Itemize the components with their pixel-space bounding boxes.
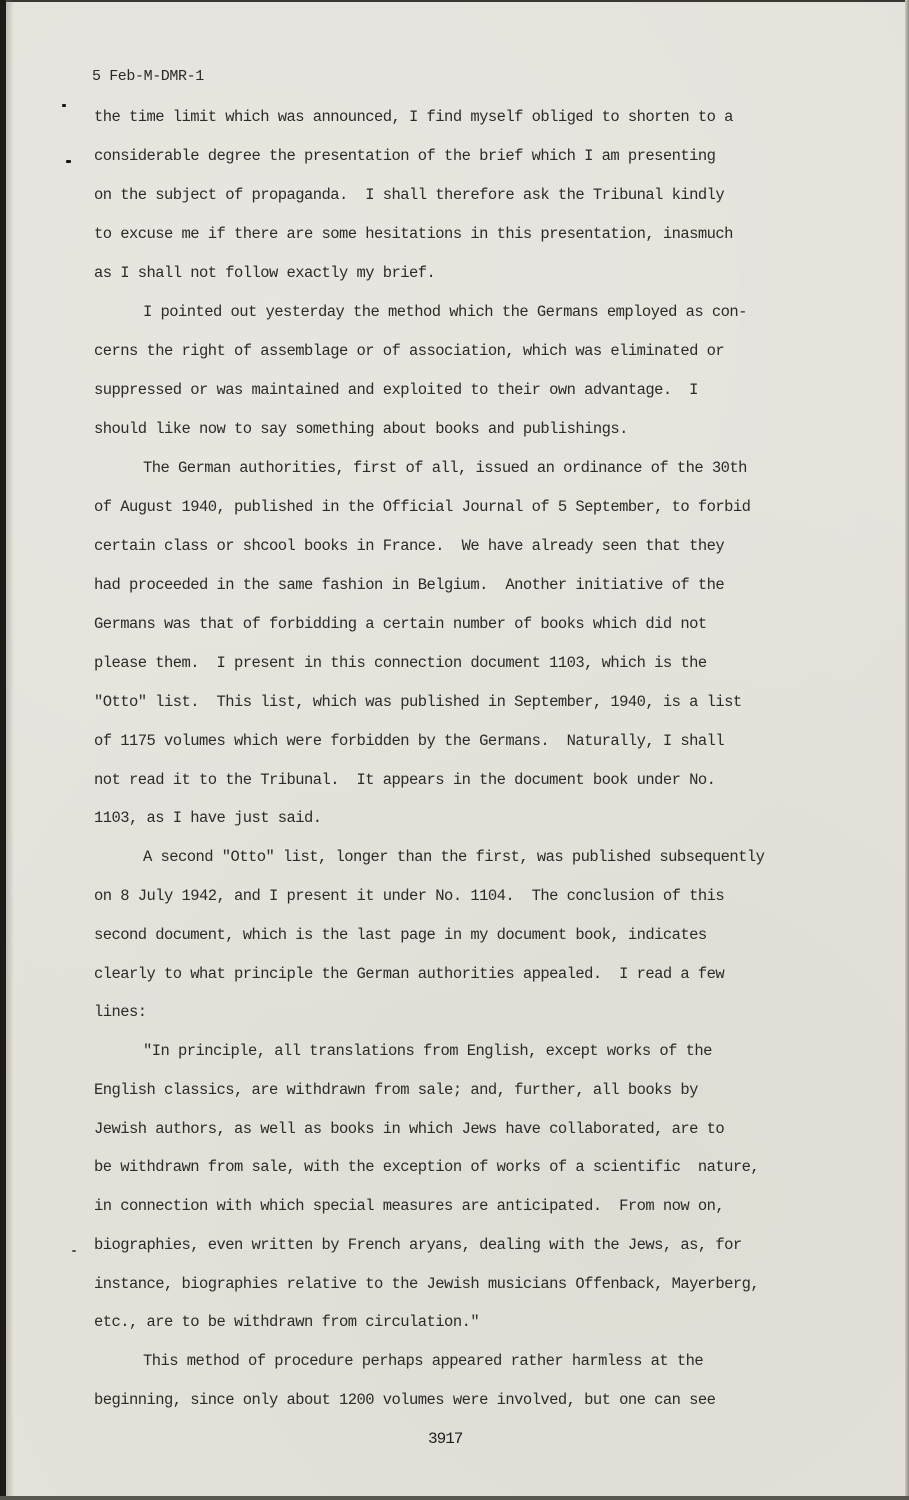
binding-shadow (6, 0, 14, 1500)
page-top-edge (0, 0, 909, 2)
margin-mark-dash (72, 1250, 76, 1252)
text-line: clearly to what principle the German aut… (94, 964, 724, 984)
text-line: of 1175 volumes which were forbidden by … (94, 731, 724, 751)
text-line: A second "Otto" list, longer than the fi… (143, 847, 764, 867)
text-line: Jewish authors, as well as books in whic… (94, 1119, 724, 1139)
text-line: English classics, are withdrawn from sal… (94, 1080, 698, 1100)
document-header-code: 5 Feb-M-DMR-1 (92, 68, 204, 85)
page-bottom-edge (0, 1496, 909, 1500)
text-line: lines: (94, 1002, 147, 1022)
text-line: considerable degree the presentation of … (94, 146, 715, 166)
text-line: not read it to the Tribunal. It appears … (94, 770, 715, 790)
page-right-edge (905, 0, 909, 1500)
text-line: please them. I present in this connectio… (94, 653, 707, 673)
text-line: on 8 July 1942, and I present it under N… (94, 886, 724, 906)
text-line: should like now to say something about b… (94, 419, 628, 439)
text-line: second document, which is the last page … (94, 925, 707, 945)
text-line: as I shall not follow exactly my brief. (94, 263, 435, 283)
text-line: instance, biographies relative to the Je… (94, 1274, 759, 1294)
text-line: I pointed out yesterday the method which… (143, 302, 747, 322)
text-line: Germans was that of forbidding a certain… (94, 614, 707, 634)
text-line: "Otto" list. This list, which was publis… (94, 692, 742, 712)
text-line: to excuse me if there are some hesitatio… (94, 224, 733, 244)
text-line: This method of procedure perhaps appeare… (143, 1351, 703, 1371)
text-line: suppressed or was maintained and exploit… (94, 380, 698, 400)
text-line: of August 1940, published in the Officia… (94, 497, 750, 517)
text-line: the time limit which was announced, I fi… (94, 107, 733, 127)
text-line: beginning, since only about 1200 volumes… (94, 1390, 715, 1410)
text-line: 1103, as I have just said. (94, 808, 322, 828)
text-line: certain class or shcool books in France.… (94, 536, 724, 556)
page-number: 3917 (428, 1430, 462, 1448)
text-line: cerns the right of assemblage or of asso… (94, 341, 724, 361)
text-line: on the subject of propaganda. I shall th… (94, 185, 724, 205)
text-line: etc., are to be withdrawn from circulati… (94, 1312, 479, 1332)
text-line: "In principle, all translations from Eng… (143, 1041, 712, 1061)
margin-mark-dot (62, 104, 66, 107)
text-line: had proceeded in the same fashion in Bel… (94, 575, 724, 595)
text-line: The German authorities, first of all, is… (143, 458, 747, 478)
text-line: in connection with which special measure… (94, 1196, 724, 1216)
text-line: be withdrawn from sale, with the excepti… (94, 1157, 759, 1177)
text-line: biographies, even written by French arya… (94, 1235, 742, 1255)
margin-mark-dash (66, 160, 71, 163)
document-page: 5 Feb-M-DMR-1 the time limit which was a… (0, 0, 909, 1500)
